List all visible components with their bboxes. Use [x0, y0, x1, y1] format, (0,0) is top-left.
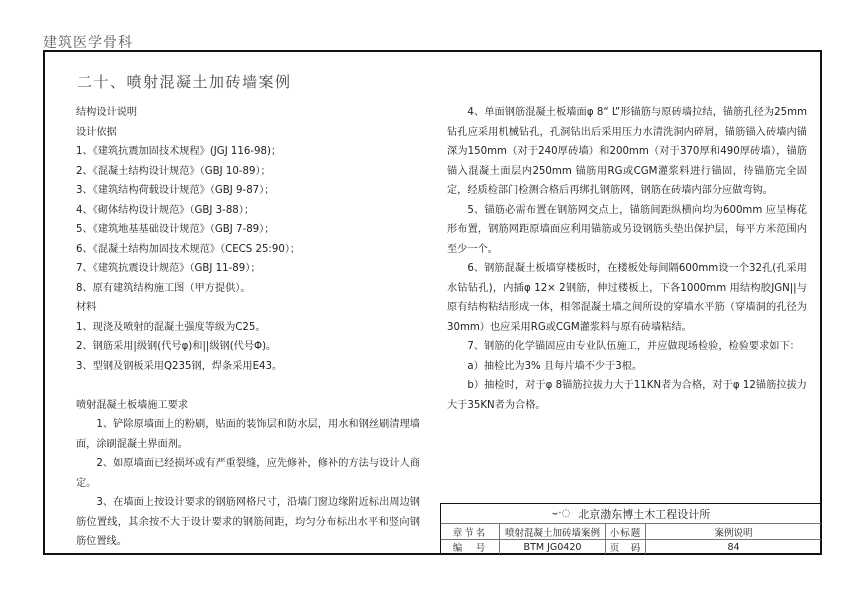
paragraph: 5、锚筋必需布置在钢筋网交点上，锚筋间距纵横向均为600mm 应呈梅花形布置，钢…: [447, 201, 807, 260]
basis-item: 4、《砌体结构设计规范》（GBJ 3-88）；: [76, 201, 420, 221]
materials-heading: 材料: [76, 298, 420, 318]
construction-heading: 喷射混凝土板墙施工要求: [76, 396, 420, 416]
paragraph: 4、单面钢筋混凝土板墙面φ 8“ L”形锚筋与原砖墙拉结，锚筋孔径为25mm 钻…: [447, 103, 807, 201]
page-title: 二十、喷射混凝土加砖墙案例: [77, 71, 292, 92]
paragraph: 6、钢筋混凝土板墙穿楼板时，在楼板处每间隔600mm设一个32孔(孔采用水钻钻孔…: [447, 259, 807, 337]
basis-heading: 设计依据: [76, 123, 420, 143]
section-heading: 结构设计说明: [76, 103, 420, 123]
subtitle-value: 案例说明: [646, 524, 821, 540]
construction-item: 3、在墙面上按设计要求的钢筋网格尺寸，沿墙门窗边缘附近标出周边钢筋位置线，其余按…: [76, 493, 420, 552]
page-label: 页 码: [606, 540, 646, 554]
title-block-header: ⌣·◌ 北京渤东博土木工程设计所: [441, 504, 821, 523]
materials-item: 1、现浇及喷射的混凝土强度等级为C25。: [76, 318, 420, 338]
construction-item: 1、铲除原墙面上的粉刷，贴面的装饰层和防水层，用水和钢丝刷清理墙面，涂刷混凝土界…: [76, 415, 420, 454]
paragraph: b）抽检时，对于φ 8锚筋拉拔力大于11KN者为合格，对于φ 12锚筋拉拔力大于…: [447, 376, 807, 415]
basis-item: 6、《混凝土结构加固技术规范》（CECS 25:90）；: [76, 240, 420, 260]
number-label: 编 号: [441, 540, 500, 554]
page-header: 建筑医学骨科: [43, 32, 133, 52]
basis-item: 7、《建筑抗震设计规范》（GBJ 11-89）；: [76, 259, 420, 279]
institute-logo-icon: ⌣·◌: [552, 508, 570, 519]
title-block-row: 编 号 BTM JG0420 页 码 84: [441, 539, 821, 554]
paragraph: 7、钢筋的化学锚固应由专业队伍施工，并应做现场检验，检验要求如下：: [447, 337, 807, 357]
paragraph: a）抽检比为3% 且每片墙不少于3根。: [447, 357, 807, 377]
chapter-label: 章节名: [441, 524, 500, 540]
basis-item: 5、《建筑地基基础设计规范》（GBJ 7-89）；: [76, 220, 420, 240]
title-block-row: 章节名 喷射混凝土加砖墙案例 小标题 案例说明: [441, 523, 821, 540]
page-value: 84: [646, 540, 821, 554]
basis-item: 2、《混凝土结构设计规范》（GBJ 10-89）；: [76, 162, 420, 182]
materials-item: 3、型钢及钢板采用Q235钢，焊条采用E43。: [76, 357, 420, 377]
subtitle-label: 小标题: [606, 524, 646, 540]
basis-item: 3、《建筑结构荷载设计规范》（GBJ 9-87）；: [76, 181, 420, 201]
institute-name: 北京渤东博土木工程设计所: [578, 506, 710, 522]
basis-item: 8、原有建筑结构施工图（甲方提供）。: [76, 279, 420, 299]
right-column: 4、单面钢筋混凝土板墙面φ 8“ L”形锚筋与原砖墙拉结，锚筋孔径为25mm 钻…: [447, 103, 807, 415]
left-column: 结构设计说明 设计依据 1、《建筑抗震加固技术规程》(JGJ 116-98)； …: [76, 103, 420, 552]
construction-item: 2、如原墙面已经损坏或有严重裂缝，应先修补，修补的方法与设计人商定。: [76, 454, 420, 493]
number-value: BTM JG0420: [500, 540, 606, 554]
basis-item: 1、《建筑抗震加固技术规程》(JGJ 116-98)；: [76, 142, 420, 162]
materials-item: 2、钢筋采用|级钢(代号φ)和||级钢(代号Φ)。: [76, 337, 420, 357]
title-block: ⌣·◌ 北京渤东博土木工程设计所 章节名 喷射混凝土加砖墙案例 小标题 案例说明…: [440, 503, 821, 553]
chapter-value: 喷射混凝土加砖墙案例: [500, 524, 606, 540]
